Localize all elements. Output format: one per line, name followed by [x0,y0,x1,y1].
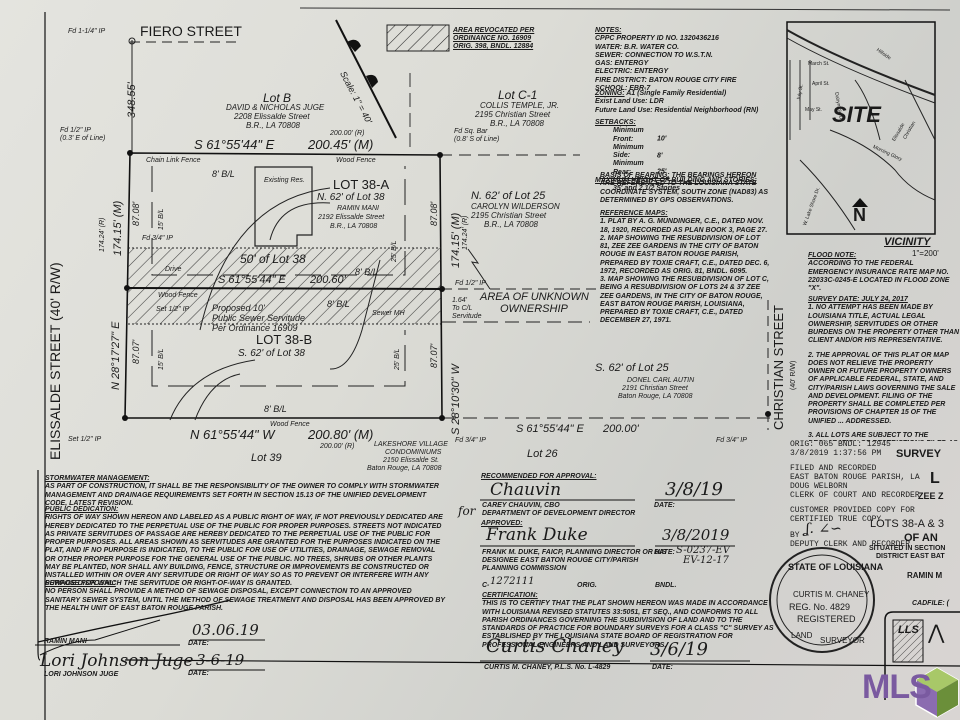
note-electric: ELECTRIC: ENTERGY [595,68,795,76]
lakeshore-sub: CONDOMINIUMS [385,449,441,457]
survey-notes: SURVEY DATE: JULY 24, 2017 1. NO ATTEMPT… [808,296,960,441]
refmaps-heading: REFERENCE MAPS: [600,210,770,218]
cert-heading: CERTIFICATION: [482,592,782,600]
orig-label: ORIG. [577,582,597,590]
title-situated: SITUATED IN SECTION [869,545,945,553]
feature-chain-link-fence: Chain Link Fence [146,157,200,165]
feature-drive: Drive [165,266,181,274]
setbacks-heading: SETBACKS: [595,119,795,127]
lot-38a-owner: RAMIN MANI [337,205,379,213]
approved-name-3: PLANNING COMMISSION [482,565,566,573]
dim-lot25-dist: 200.00' [603,423,639,435]
survey-note-1: 1. NO ATTEMPT HAS BEEN MADE BY LOUISIANA… [808,304,960,345]
dedication-heading: PUBLIC DEDICATION: [45,506,445,514]
feature-bl-8-bottom: 8' B/L [264,405,287,415]
cert-name: CURTIS M. CHANEY, P.L.S. No. L-4829 [484,664,610,672]
lot-26-title: Lot 26 [527,448,558,460]
dim-north-measured: 200.45' (M) [308,138,373,152]
dim-mid-bearing: S 61°55'44" E [218,274,286,286]
bndl-label: BNDL. [655,582,676,590]
lot-c1-city: B.R., LA 70808 [490,120,544,129]
setback-side-label: Minimum Side: [613,144,657,161]
note-gas: GAS: ENTERGY [595,60,795,68]
recording-datetime: 3/8/2019 1:37:56 PM [790,450,881,459]
flood-note: FLOOD NOTE: ACCORDING TO THE FEDERAL EME… [808,252,960,293]
note-property-id: CPPC PROPERTY ID NO. 1320436216 [595,35,795,43]
approved-signature: Frank Duke [486,526,588,545]
dim-south-record: 200.00' (R) [320,443,354,451]
monument-set-mid: Set 1/2" IP [156,306,189,314]
recommended-date: 3/8/19 [665,480,723,500]
feature-unknown-ownership-2: OWNERSHIP [500,303,568,315]
recommended-title: DEPARTMENT OF DEVELOPMENT DIRECTOR [482,510,635,518]
title-lots: LOTS 38-A & 3 [870,518,944,530]
refmap-3: 3. MAP SHOWING THE RESUBDIVISION OF LOT … [600,276,770,326]
title-l: L [930,470,940,488]
vicinity-street-april: April St. [812,82,830,88]
lakeshore-city: Baton Rouge, LA 70808 [367,465,441,473]
dim-east-record: 174.24' (R) [462,216,470,250]
legend-hatch-ordinance: ORDINANCE NO. 16909 [453,35,531,43]
dim-west-measured: 174.15' (M) [112,201,124,256]
dim-west-record: 174.24' (R) [99,218,107,252]
setback-front-value: 10' [657,136,666,143]
legend-hatch-orig: ORIG. 398, BNDL. 12884 [453,43,533,51]
approved-date-label: DATE: [654,549,675,557]
seal-state: STATE OF LOUISIANA [788,563,883,573]
notes-heading: NOTES: [595,27,795,35]
survey-note-2: 2. THE APPROVAL OF THIS PLAT OR MAP DOES… [808,352,960,426]
note-water: WATER: B.R. WATER CO. [595,44,795,52]
approved-date: 3/8/2019 [662,527,729,544]
feature-wood-fence-mid: Wood Fence [158,292,198,300]
lot-38a-address: 2192 Elissalde Street [318,214,384,222]
stormwater-heading: STORMWATER MANAGEMENT: [45,475,445,483]
sewage-text: NO PERSON SHALL PROVIDE A METHOD OF SEWA… [45,588,445,612]
dim-fiero: 348.55' [126,82,138,118]
c-label: C- [482,582,489,590]
zoning-label: ZONING: [595,90,625,97]
lakeshore-name: LAKESHORE VILLAGE [374,441,448,449]
dim-servitude-offset: 1.64' [452,297,467,305]
feature-50-of-lot-38: 50' of Lot 38 [240,253,306,266]
flood-text: ACCORDING TO THE FEDERAL EMERGENCY INSUR… [808,260,949,292]
dim-west-bearing: N 28°17'27" E [110,321,122,390]
recommended-signature: Chauvin [490,481,561,500]
dim-mid-dist: 200.60' [310,274,346,286]
cert-date-label: DATE: [652,664,673,672]
feature-bl-25-top: 25' B/L [391,240,399,262]
surveyor-tripod-icon: ⋀ [928,622,944,644]
feature-existing-residence: Existing Res. [264,177,305,185]
lot-38b-title: LOT 38-B [256,333,312,347]
recommended-date-label: DATE: [654,502,675,510]
dedication-block: PUBLIC DEDICATION: RIGHTS OF WAY SHOWN H… [45,506,445,589]
dim-west-upper: 87.08' [132,202,142,226]
title-client: RAMIN M [907,572,942,581]
lot-25s-city: Baton Rouge, LA 70808 [618,393,692,401]
title-district: DISTRICT EAST BAT [876,553,945,561]
monument-se: Fd 3/4" IP [455,437,486,445]
dim-east-lower: 87.07' [430,344,440,368]
cert-signature: Curtis Chaney [486,636,624,657]
sewage-heading: SEWAGE DISPOSAL: [45,580,445,588]
bearing-heading: BASIS OF BEARING: [600,172,670,179]
reference-maps: REFERENCE MAPS: 1. PLAT BY A. G. MUNDING… [600,210,770,326]
sig1-date: 03.06.19 [192,622,259,639]
stormwater-text: AS PART OF CONSTRUCTION, IT SHALL BE THE… [45,483,439,507]
feature-wood-fence-south: Wood Fence [270,421,310,429]
feature-bl-15-top: 15' B/L [158,208,166,230]
sig2-name: LORI JOHNSON JUGE [44,671,118,679]
case-number-2: EV-12-17 [683,555,729,566]
note-sewer: SEWER: CONNECTION TO W.S.T.N. [595,52,795,60]
monument-mid-west: Fd 3/4" IP [142,235,173,243]
lot-38a-title: LOT 38-A [333,178,389,192]
survey-date: SURVEY DATE: JULY 24, 2017 [808,296,960,304]
sig2-date: 3-6-19 [196,652,244,669]
feature-bl-25-bottom: 25' B/L [394,348,402,370]
dim-servitude-note2: Servitude [452,313,482,321]
flood-heading: FLOOD NOTE: [808,252,960,260]
refmap-2: 2. MAP SHOWING THE RESUBDIVISION OF LOT … [600,235,770,276]
zoning-block: ZONING: A1 (Single Family Residential) E… [595,90,795,115]
dim-lot25-bearing: S 61°55'44" E [516,423,584,435]
deputy-signature: ʆ. ∠∽ [805,522,842,537]
seal-surveyor: SURVEYOR [820,637,865,646]
sig1-date-label: DATE: [188,640,209,648]
monument-nw: Fd 1/2" IP [60,127,91,135]
mlsbox-cube-icon [920,664,954,708]
lot-38b-desc: S. 62' of Lot 38 [238,348,305,359]
seal-registered: REGISTERED [797,615,856,625]
lot-38a-city: B.R., LA 70808 [330,223,377,231]
feature-bl-8-mid-north: 8' B/L [355,268,378,278]
seal-land: LAND [791,632,812,641]
street-elissalde: ELISSALDE STREET (40' R/W) [48,262,63,460]
lot-25s-title: S. 62' of Lot 25 [595,362,669,374]
lot-25n-title: N. 62' of Lot 25 [471,190,545,202]
lot-25n-city: B.R., LA 70808 [484,221,538,230]
plat-document: FIERO STREET ELISSALDE STREET (40' R/W) … [0,0,960,720]
setback-side-value: 8' [657,152,663,159]
seal-name: CURTIS M. CHANEY [793,591,869,600]
dim-south-bearing: N 61°55'44" W [190,428,275,442]
dim-north-bearing: S 61°55'44" E [194,138,274,152]
dim-servitude-note: To C/L [452,305,472,313]
approved-name-2: DESIGNEE EAST BATON ROUGE CITY/PARISH [482,557,638,565]
street-christian: CHRISTIAN STREET [772,305,786,430]
dim-south-measured: 200.80' (M) [308,428,373,442]
setback-front-label: Minimum Front: [613,127,657,144]
recommended-name: CAREY CHAUVIN, CBO [482,502,560,510]
monument-ne-note: (0.8' S of Line) [454,136,499,144]
feature-wood-fence-north: Wood Fence [336,157,376,165]
c-value: 1272111 [490,576,535,587]
lls-logo: LLS [898,624,912,636]
monument-far-se: Fd 3/4" IP [716,437,747,445]
zoning-value: A1 (Single Family Residential) [626,90,726,97]
sewage-block: SEWAGE DISPOSAL: NO PERSON SHALL PROVIDE… [45,580,445,613]
lot-25s-address: 2191 Christian Street [622,385,688,393]
monument-mid-east: Fd 1/2" IP [455,280,486,288]
sig2-date-label: DATE: [188,670,209,678]
note-fire-district: FIRE DISTRICT: BATON ROUGE CITY FIRE [595,77,795,85]
lot-38a-desc: N. 62' of Lot 38 [317,192,385,203]
feature-bl-15-bottom: 15' B/L [158,348,166,370]
lot-25s-owner: DONEL CARL AUTIN [627,377,694,385]
vicinity-street-may: May St. [805,108,822,114]
sig2-signature: Lori Johnson Juge [40,652,193,671]
recording-filed-4: CLERK OF COURT AND RECORDER [790,492,920,501]
vicinity-street-march: March St. [808,62,829,68]
legend-hatch-label: AREA REVOCATED PER [453,27,534,35]
future-land-use: Future Land Use: Residential Neighborhoo… [595,107,795,115]
street-fiero: FIERO STREET [140,24,242,39]
feature-bl-8-top: 8' B/L [212,170,235,180]
feature-unknown-ownership-1: AREA OF UNKNOWN [480,291,589,303]
dedication-text: RIGHTS OF WAY SHOWN HEREON AND LABELED A… [45,514,443,587]
refmap-1: 1. PLAT BY A. G. MUNDINGER, C.E., DATED … [600,218,770,235]
monument-nw-note: (0.3' E of Line) [60,135,105,143]
north-arrow-icon: N [853,206,866,226]
title-zee: ZEE Z [918,492,944,502]
vicinity-title: VICINITY [884,236,930,248]
monument-sw: Set 1/2" IP [68,436,101,444]
monument-ne: Fd Sq. Bar [454,128,487,136]
notes-block: NOTES: CPPC PROPERTY ID NO. 1320436216 W… [595,27,795,93]
approved-name: FRANK M. DUKE, FAICP, PLANNING DIRECTOR … [482,549,666,557]
dim-east-bearing: S 28°10'30" W [450,364,462,435]
lakeshore-address: 2150 Elissalde St. [383,457,439,465]
dim-west-lower: 87.07' [132,340,142,364]
street-christian-rw: (40' R/W) [790,361,798,390]
dim-east-measured: 174.15' (M) [450,213,462,268]
title-survey: SURVEY [896,448,941,460]
cert-date: 3/6/19 [650,640,708,660]
feature-sewer-manhole: Sewer MH [372,310,405,318]
stormwater-block: STORMWATER MANAGEMENT: AS PART OF CONSTR… [45,475,445,508]
dim-east-upper: 87.08' [430,202,440,226]
title-cadfile: CADFILE: ( [912,600,949,608]
seal-reg: REG. No. 4829 [789,603,850,613]
lot-39-title: Lot 39 [251,452,282,464]
recommended-for: for [458,505,475,518]
lot-b-city: B.R., LA 70808 [246,122,300,131]
sig1-name: RAMIN MANI [44,638,87,646]
basis-of-bearing: BASIS OF BEARING: THE BEARINGS HEREON AR… [600,172,770,205]
feature-bl-8-mid-south: 8' B/L [327,300,350,310]
title-of-an: OF AN [904,532,938,544]
exist-land-use: Exist Land Use: LDR [595,98,795,106]
monument-fiero: Fd 1-1/4" IP [68,28,105,36]
